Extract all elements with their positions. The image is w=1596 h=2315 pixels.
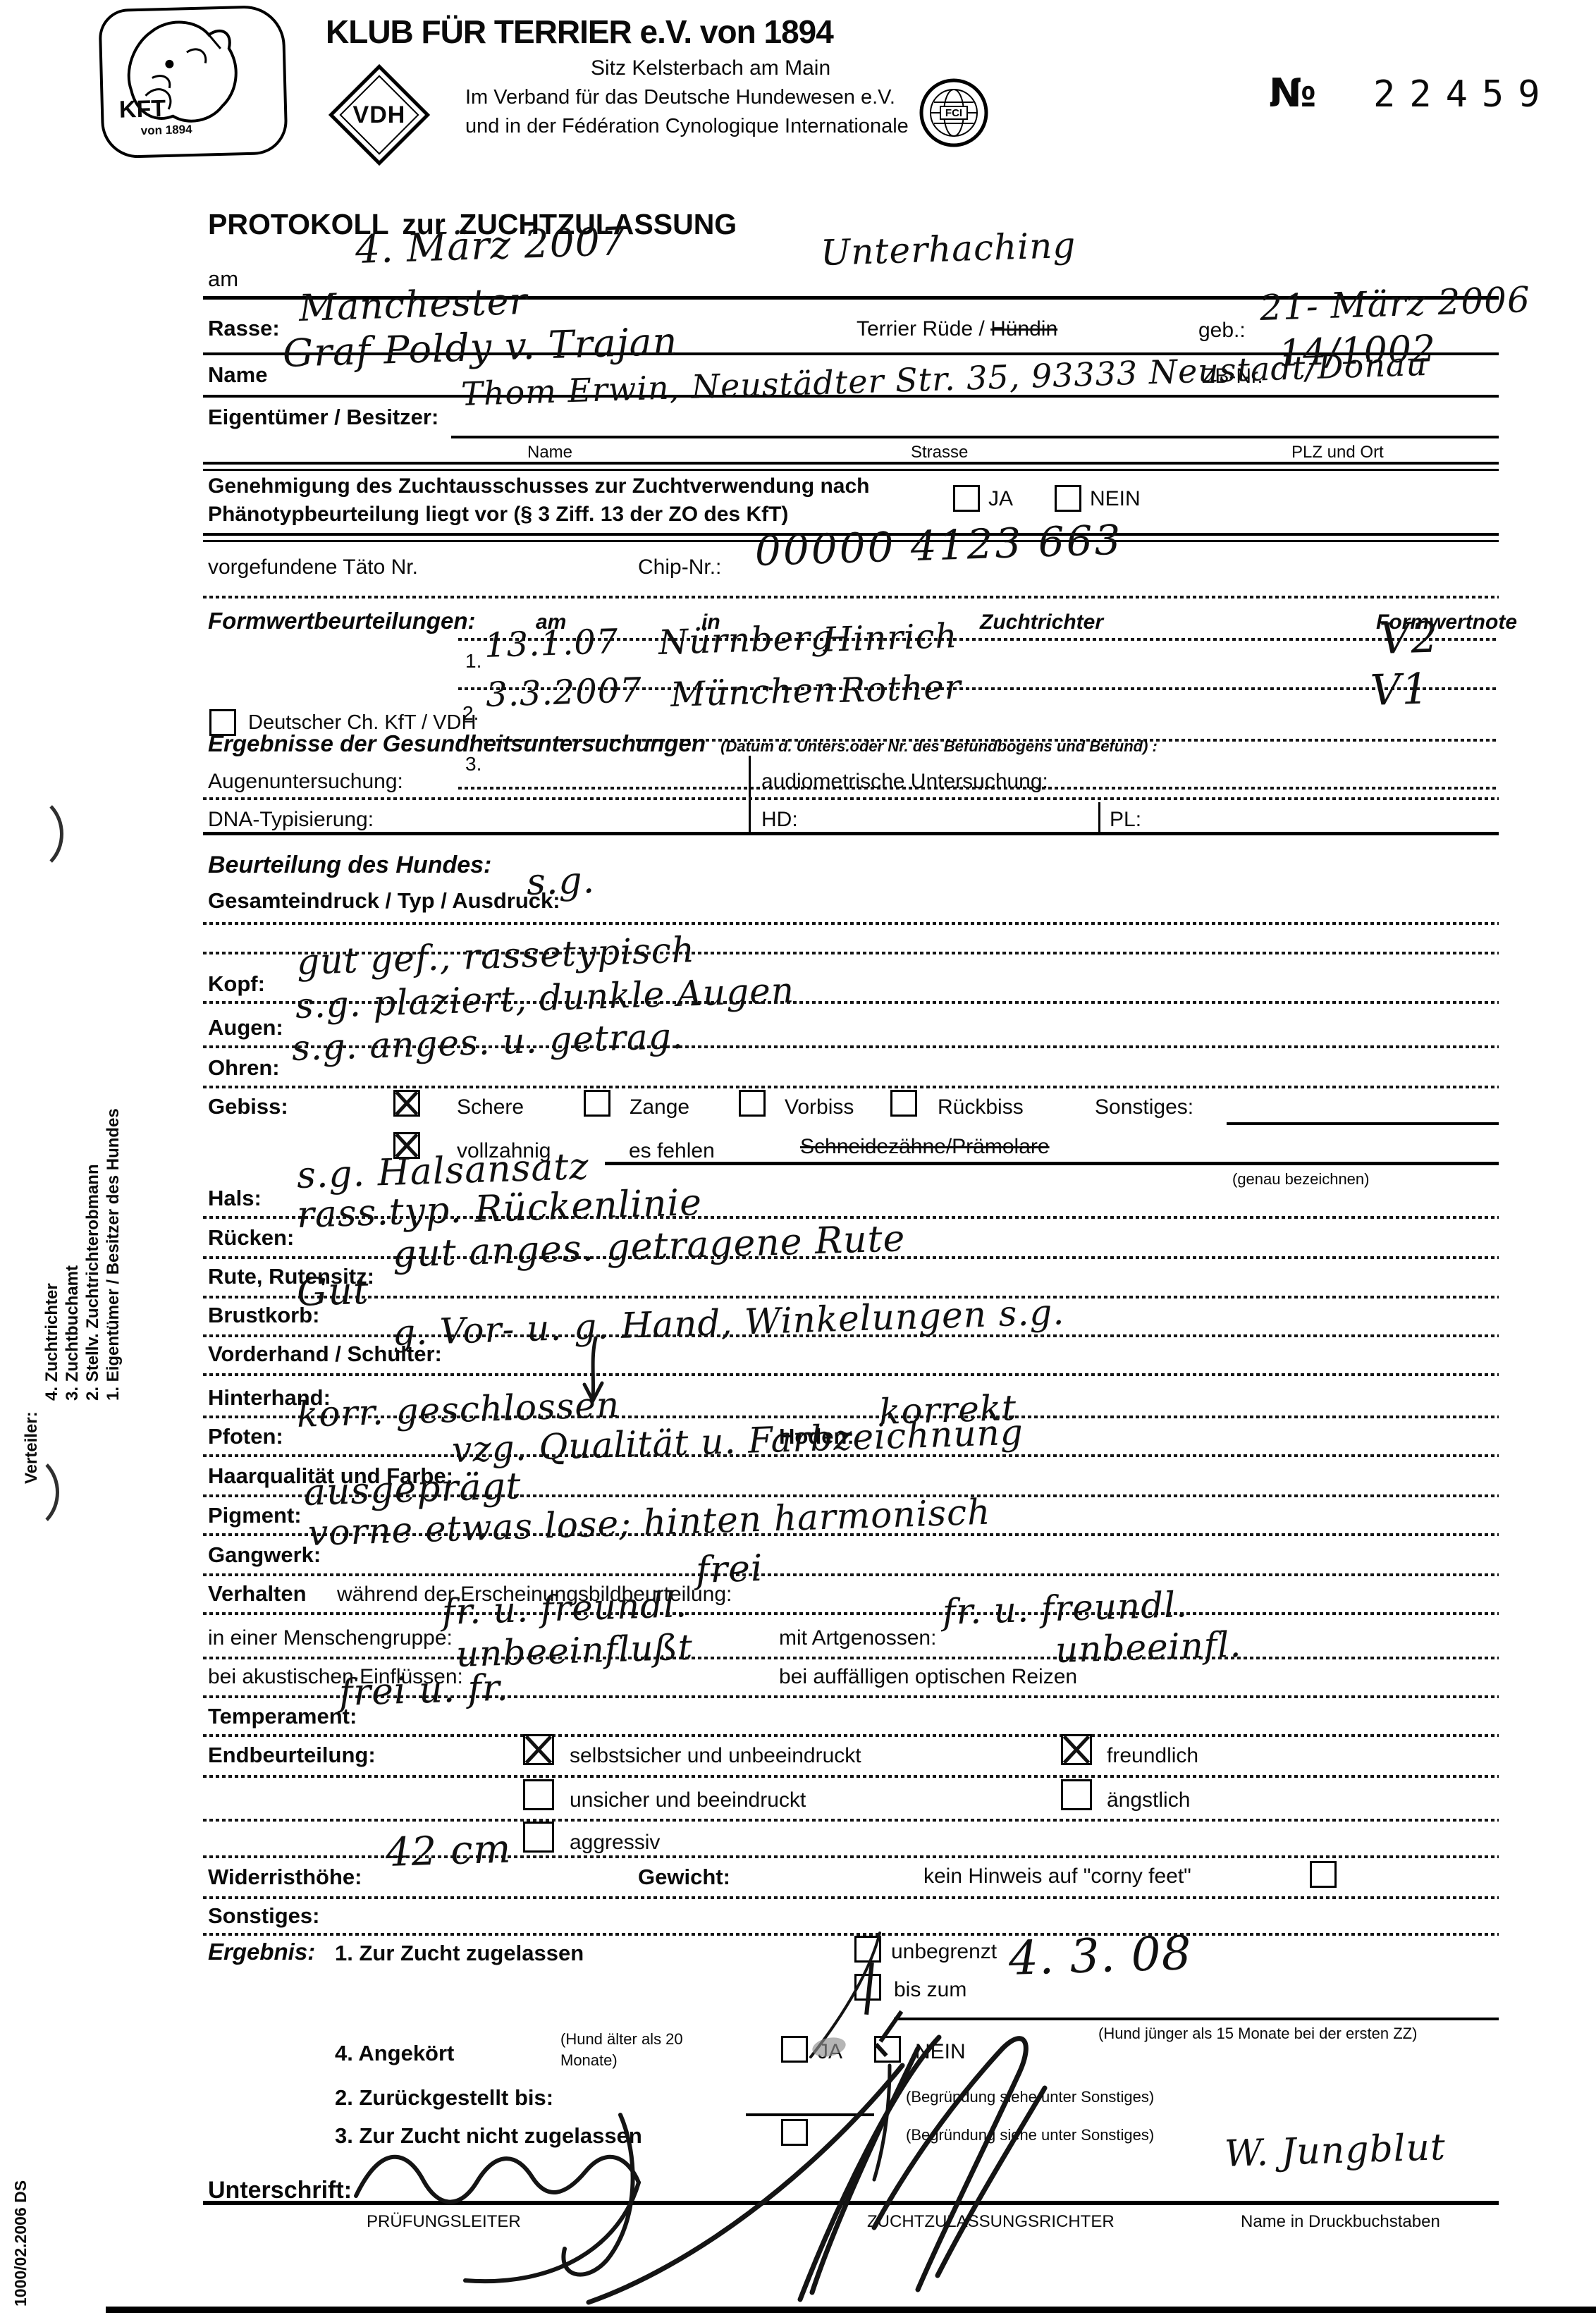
unlimited-label: unbegrenzt: [891, 1940, 997, 1964]
angekoert-nein-checkbox[interactable]: [874, 2036, 901, 2063]
breed-field[interactable]: Manchester: [298, 281, 528, 330]
distribution-item-1: 1. Eigentümer / Besitzer des Hundes: [103, 906, 123, 1484]
scissor-bite-checkbox[interactable]: [393, 1090, 420, 1117]
forehand-field[interactable]: g. Vor- u. g. Hand, Winkelungen s.g.: [392, 1291, 1065, 1353]
insecure-checkbox[interactable]: [523, 1779, 554, 1810]
formwert-row2-note[interactable]: V1: [1370, 664, 1430, 716]
vdh-label: VDH: [353, 101, 406, 128]
association-line-1: Im Verband für das Deutsche Hundewesen e…: [465, 86, 895, 109]
printed-name-field[interactable]: W. Jungblut: [1224, 2126, 1447, 2175]
chip-label: Chip-Nr.:: [638, 555, 721, 579]
not-approved-checkbox[interactable]: [781, 2119, 808, 2146]
until-checkbox[interactable]: [854, 1974, 881, 2001]
breed-label: Rasse:: [208, 316, 280, 341]
health-heading: Ergebnisse der Gesundheitsuntersuchungen…: [208, 730, 1158, 757]
nein-check-tail: [874, 2065, 890, 2180]
deferred-label: 2. Zurückgestellt bis:: [335, 2085, 553, 2111]
friendly-label: freundlich: [1107, 1744, 1198, 1768]
pl-label: PL:: [1110, 808, 1141, 832]
breeding-judge-caption: ZUCHTZULASSUNGSRICHTER: [867, 2212, 1115, 2232]
date-field[interactable]: 4. März 2007: [355, 219, 627, 272]
chip-field[interactable]: 00000 4123 663: [754, 516, 1124, 575]
formwert-row1-judge[interactable]: Hinrich: [822, 616, 958, 660]
vdh-logo: VDH: [329, 64, 430, 166]
owner-sub-plz: PLZ und Ort: [1291, 443, 1384, 462]
neck-label: Hals:: [208, 1186, 262, 1211]
not-approved-label: 3. Zur Zucht nicht zugelassen: [335, 2123, 642, 2149]
corny-feet-checkbox[interactable]: [1310, 1861, 1337, 1888]
distribution-item-2: 2. Stellv. Zuchtrichterobmann: [82, 906, 103, 1484]
eyes-label: Augen:: [208, 1015, 283, 1040]
approval-nein-label: NEIN: [1090, 487, 1141, 511]
bite-label: Gebiss:: [208, 1094, 288, 1119]
crowd-label: in einer Menschengruppe:: [208, 1626, 453, 1650]
approval-line-2: Phänotypbeurteilung liegt vor (§ 3 Ziff.…: [208, 503, 788, 527]
not-approved-reason-note: (Begründung siehe unter Sonstiges): [906, 2126, 1154, 2144]
evaluation-heading: Beurteilung des Hundes:: [208, 852, 491, 879]
corny-feet-label: kein Hinweis auf "corny feet": [923, 1865, 1191, 1889]
form-number-value: 22459: [1373, 73, 1554, 116]
result-heading: Ergebnis:: [208, 1939, 315, 1965]
formwert-row2-date[interactable]: 3.3.2007: [485, 670, 642, 715]
birthdate-label: geb.:: [1198, 319, 1246, 343]
overall-label: Gesamteindruck / Typ / Ausdruck:: [208, 888, 560, 914]
tattoo-label: vorgefundene Täto Nr.: [208, 555, 418, 579]
withers-label: Widerristhöhe:: [208, 1865, 362, 1890]
formwert-row1-no: 1.: [465, 650, 481, 673]
association-line-2: und in der Fédération Cynologique Intern…: [465, 115, 909, 138]
distribution-item-3: 3. Zuchtbuchamt: [62, 906, 82, 1484]
health-heading-note: (Datum d. Unters.oder Nr. des Befundboge…: [720, 737, 1158, 755]
fearful-checkbox[interactable]: [1061, 1779, 1092, 1810]
sex-struck: Hündin: [990, 317, 1057, 340]
optical-field[interactable]: unbeeinfl.: [1055, 1624, 1242, 1671]
specify-note: (genau bezeichnen): [1232, 1170, 1369, 1189]
overbite-label: Rückbiss: [938, 1095, 1024, 1119]
weight-label: Gewicht:: [638, 1865, 730, 1890]
audio-exam-label: audiometrische Untersuchung:: [761, 770, 1048, 794]
approval-nein-checkbox[interactable]: [1055, 485, 1081, 512]
kft-club-logo: KFT von 1894: [98, 5, 288, 159]
exam-leader-caption: PRÜFUNGSLEITER: [367, 2212, 521, 2232]
unlimited-checkbox[interactable]: [854, 1936, 881, 1963]
club-seat: Sitz Kelsterbach am Main: [591, 56, 830, 80]
formwert-row2-place[interactable]: München: [670, 670, 837, 715]
overall-field[interactable]: s.g.: [526, 859, 596, 904]
bite-other-label: Sonstiges:: [1095, 1095, 1193, 1119]
until-date-field[interactable]: 4. 3. 08: [1008, 1926, 1193, 1986]
eye-exam-label: Augenuntersuchung:: [208, 770, 403, 794]
owner-sub-name: Name: [527, 443, 572, 462]
incisors-premolars-struck: Schneidezähne/Prämolare: [800, 1135, 1050, 1159]
owner-label: Eigentümer / Besitzer:: [208, 405, 438, 430]
form-number-symbol: №: [1269, 70, 1316, 116]
hd-label: HD:: [761, 808, 798, 832]
distribution-list: Verteiler: 4. Zuchtrichter 3. Zuchtbucha…: [21, 906, 123, 1484]
behavior-field[interactable]: frei: [695, 1547, 763, 1592]
other-dogs-field[interactable]: fr. u. freundl.: [942, 1584, 1189, 1633]
confident-label: selbstsicher und unbeeindruckt: [570, 1744, 861, 1768]
back-label: Rücken:: [208, 1225, 294, 1251]
formwert-row2-judge[interactable]: Rother: [839, 668, 962, 711]
formwert-col-judge: Zuchtrichter: [980, 610, 1103, 634]
approval-line-1: Genehmigung des Zuchtausschusses zur Zuc…: [208, 474, 870, 498]
friendly-checkbox[interactable]: [1061, 1734, 1092, 1765]
pincer-bite-label: Zange: [630, 1095, 689, 1119]
underbite-label: Vorbiss: [785, 1095, 854, 1119]
overbite-checkbox[interactable]: [890, 1090, 917, 1117]
scanned-breeding-form: KFT von 1894 KLUB FÜR TERRIER e.V. von 1…: [0, 0, 1596, 2315]
dna-label: DNA-Typisierung:: [208, 808, 374, 832]
younger-note: (Hund jünger als 15 Monate bei der erste…: [1098, 2025, 1417, 2043]
angekoert-note-2: Monate): [560, 2051, 618, 2070]
pincer-bite-checkbox[interactable]: [584, 1090, 610, 1117]
confident-checkbox[interactable]: [523, 1734, 554, 1765]
formwert-row1-date[interactable]: 13.1.07: [484, 622, 619, 665]
temperament-label: Temperament:: [208, 1704, 357, 1729]
punch-hole-top: [0, 794, 63, 874]
angekoert-ja-checkbox[interactable]: [781, 2036, 808, 2063]
form-print-code: 1000/02.2006 DS: [11, 2144, 30, 2307]
optical-label: bei auffälligen optischen Reizen: [779, 1665, 1077, 1689]
temperament-field[interactable]: frei u. fr.: [338, 1666, 509, 1714]
place-field[interactable]: Unterhaching: [820, 225, 1076, 274]
fearful-label: ängstlich: [1107, 1788, 1190, 1812]
head-label: Kopf:: [208, 971, 265, 997]
formwert-row2-no: 2.: [462, 702, 479, 725]
fci-label: FCI: [945, 107, 962, 119]
formwert-row1-place[interactable]: Nürnberg: [658, 618, 833, 663]
behavior-label: Verhalten: [208, 1581, 307, 1607]
breeding-judge-signature: [589, 2037, 1045, 2302]
sex-print: Terrier Rüde / Hündin: [857, 317, 1057, 341]
deferred-reason-note: (Begründung siehe unter Sonstiges): [906, 2088, 1154, 2106]
aggressive-label: aggressiv: [570, 1831, 660, 1855]
angekoert-note-1: (Hund älter als 20: [560, 2030, 683, 2049]
angekoert-label: 4. Angekört: [335, 2041, 454, 2066]
approval-ja-checkbox[interactable]: [953, 485, 980, 512]
scissor-bite-label: Schere: [457, 1095, 524, 1119]
chest-field[interactable]: Gut: [296, 1268, 370, 1315]
bottom-scan-bar: [106, 2307, 1596, 2313]
date-label: am: [208, 266, 238, 292]
club-name: KLUB FÜR TERRIER e.V. von 1894: [326, 13, 833, 51]
until-label: bis zum: [894, 1978, 966, 2002]
formwert-heading: Formwertbeurteilungen:: [208, 608, 476, 634]
kft-abbr: KFT: [119, 95, 166, 124]
ears-label: Ohren:: [208, 1055, 280, 1081]
angekoert-ja-label: JA: [818, 2040, 842, 2064]
withers-field[interactable]: 42 cm: [385, 1826, 512, 1876]
distribution-label: Verteiler:: [21, 906, 42, 1484]
approval-ja-label: JA: [988, 487, 1013, 511]
dogname-label: Name: [208, 362, 267, 388]
crowd-field[interactable]: fr. u. freundl.: [441, 1584, 688, 1633]
fci-logo: FCI: [919, 78, 989, 148]
gait-label: Gangwerk:: [208, 1542, 321, 1568]
other-remarks-label: Sonstiges:: [208, 1903, 319, 1929]
distribution-item-4: 4. Zuchtrichter: [42, 906, 62, 1484]
missing-teeth-label: es fehlen: [629, 1139, 715, 1163]
owner-sub-strasse: Strasse: [911, 443, 968, 462]
result-approved-label: 1. Zur Zucht zugelassen: [335, 1941, 584, 1966]
final-label: Endbeurteilung:: [208, 1743, 376, 1768]
paws-label: Pfoten:: [208, 1424, 283, 1449]
kft-year: von 1894: [141, 123, 192, 138]
angekoert-nein-label: NEIN: [915, 2040, 966, 2064]
formwert-row1-note[interactable]: V2: [1379, 613, 1440, 664]
block-letters-caption: Name in Druckbuchstaben: [1241, 2212, 1440, 2232]
aggressive-checkbox[interactable]: [523, 1822, 554, 1853]
pigment-label: Pigment:: [208, 1503, 302, 1528]
underbite-checkbox[interactable]: [739, 1090, 766, 1117]
insecure-label: unsicher und beeindruckt: [570, 1788, 806, 1812]
other-dogs-label: mit Artgenossen:: [779, 1626, 936, 1650]
birthdate-field[interactable]: 21- März 2006: [1259, 279, 1530, 328]
